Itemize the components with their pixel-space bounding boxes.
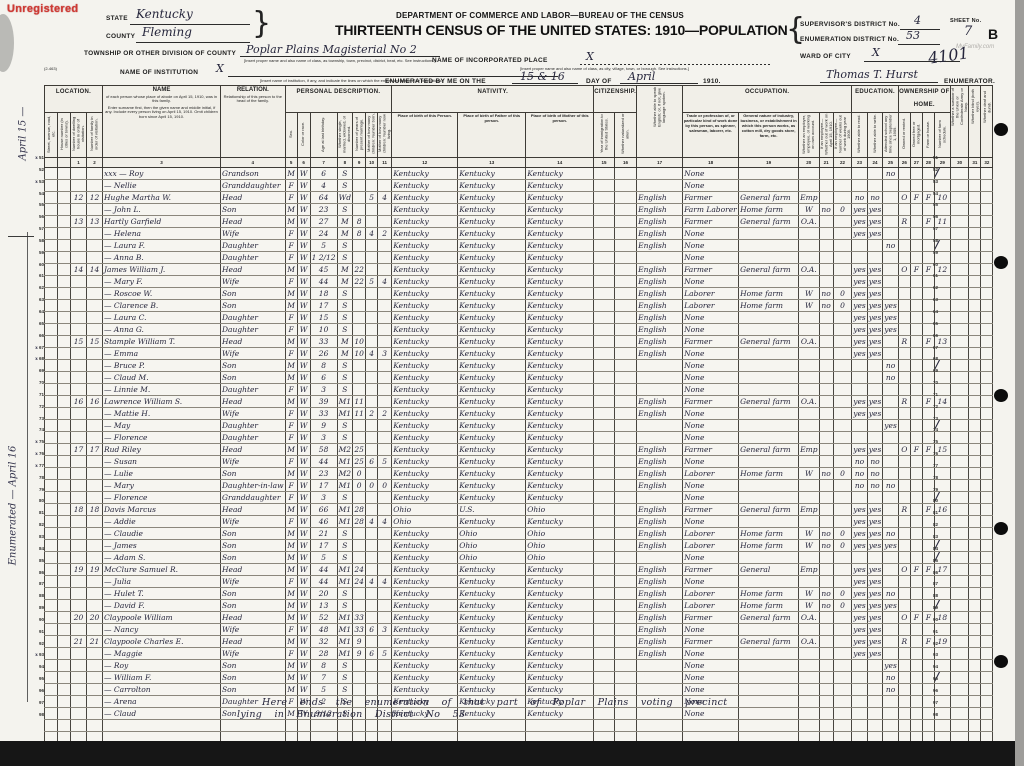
column-header: Number of farm schedule. bbox=[934, 113, 950, 158]
line-number: 73 bbox=[933, 413, 949, 425]
line-number: 64 bbox=[28, 306, 44, 318]
column-number: 1 bbox=[71, 158, 87, 168]
table-row: — RoySonMW8SKentuckyKentuckyKentuckyNone… bbox=[45, 660, 993, 672]
column-header: RELATION.Relationship of this person to … bbox=[221, 86, 286, 158]
column-header: Whether an employer, employee, or workin… bbox=[799, 113, 819, 158]
closing-note-line1: Here ends the enumeration of that part o… bbox=[262, 697, 727, 708]
column-header: Whether naturalized or alien. bbox=[614, 113, 636, 158]
page-curl-shadow bbox=[0, 14, 14, 72]
sheet-value: 7 bbox=[964, 24, 972, 39]
column-number: 31 bbox=[969, 158, 981, 168]
table-row: — Laura C.DaughterFW15SKentuckyKentuckyK… bbox=[45, 312, 993, 324]
column-header: OWNERSHIP OF HOME. bbox=[898, 86, 950, 113]
line-number: 98 bbox=[933, 709, 949, 721]
table-row: — MaggieWifeFW28M1965KentuckyKentuckyKen… bbox=[45, 648, 993, 660]
rule bbox=[228, 76, 558, 77]
left-line-numbers: x5152x5354555657585960616263646566x67x68… bbox=[28, 152, 44, 721]
table-row: — Roscoe W.SonMW18SKentuckyKentuckyKentu… bbox=[45, 288, 993, 300]
table-row: — NancyWifeFW48M13363KentuckyKentuckyKen… bbox=[45, 624, 993, 636]
column-number: 26 bbox=[898, 158, 910, 168]
supervisor-district-label: SUPERVISOR'S DISTRICT No. bbox=[800, 21, 900, 28]
rule bbox=[898, 44, 940, 45]
table-row: — David F.SonMW13SKentuckyKentuckyKentuc… bbox=[45, 600, 993, 612]
line-number: 86 bbox=[28, 567, 44, 579]
table-row: — FlorenceGranddaughterFW3SKentuckyKentu… bbox=[45, 492, 993, 504]
line-number: 56 bbox=[933, 211, 949, 223]
column-number: 13 bbox=[458, 158, 526, 168]
punch-hole bbox=[994, 256, 1008, 269]
column-header: Place of birth of Mother of this person. bbox=[526, 113, 594, 158]
form-number: (2-463) bbox=[44, 66, 57, 71]
table-row: 1515Stample William T.HeadMW33M10Kentuck… bbox=[45, 336, 993, 348]
column-number: 14 bbox=[526, 158, 594, 168]
table-row: 2020Claypoole WilliamHeadMW52M133Kentuck… bbox=[45, 612, 993, 624]
rule bbox=[580, 64, 770, 65]
table-row: 1616Lawrence William S.HeadMW39M111Kentu… bbox=[45, 396, 993, 408]
line-number: 52 bbox=[933, 164, 949, 176]
table-row: 1818Davis MarcusHeadMW66M128OhioU.S.Ohio… bbox=[45, 504, 993, 516]
line-number: 90 bbox=[933, 614, 949, 626]
line-number: 87 bbox=[28, 578, 44, 590]
line-number: 82 bbox=[933, 519, 949, 531]
column-number: 12 bbox=[392, 158, 458, 168]
column-number: 18 bbox=[683, 158, 739, 168]
column-header: If an employee— Whether out of work on A… bbox=[819, 113, 833, 158]
line-number: 68 bbox=[933, 353, 949, 365]
table-row: — FlorenceDaughterFW3SKentuckyKentuckyKe… bbox=[45, 432, 993, 444]
table-row: 1717Rud RileyHeadMW58M225KentuckyKentuck… bbox=[45, 444, 993, 456]
rule bbox=[512, 83, 578, 84]
ward-label: WARD OF CITY bbox=[800, 53, 851, 60]
line-number: 91 bbox=[28, 626, 44, 638]
column-number: 6 bbox=[297, 158, 310, 168]
line-number: 54 bbox=[933, 188, 949, 200]
line-number: 66 bbox=[28, 330, 44, 342]
line-number: 85 bbox=[28, 555, 44, 567]
line-number: 70 bbox=[933, 377, 949, 389]
page-stamp: 4101 bbox=[927, 43, 970, 67]
county-value: Fleming bbox=[142, 25, 192, 39]
line-number: 78 bbox=[28, 472, 44, 484]
column-number: 22 bbox=[833, 158, 852, 168]
line-number: 77 bbox=[933, 460, 949, 472]
line-number: 71 bbox=[28, 389, 44, 401]
line-number: 86 bbox=[933, 567, 949, 579]
line-number: 63 bbox=[933, 294, 949, 306]
line-number: 87 bbox=[933, 578, 949, 590]
line-number: 95 bbox=[933, 673, 949, 685]
enumeration-district-label: ENUMERATION DISTRICT No. bbox=[800, 36, 899, 43]
line-number: 80 bbox=[933, 495, 949, 507]
column-number: 16 bbox=[614, 158, 636, 168]
punch-hole bbox=[994, 389, 1008, 402]
ward-value: X bbox=[872, 46, 880, 59]
rule bbox=[136, 42, 250, 43]
table-row: 1919McClure Samuel R.HeadMW44M124Kentuck… bbox=[45, 564, 993, 576]
column-number: 30 bbox=[950, 158, 969, 168]
table-row: — Anna G.DaughterFW10SKentuckyKentuckyKe… bbox=[45, 324, 993, 336]
line-number: x53 bbox=[28, 176, 44, 188]
line-number: 83 bbox=[933, 531, 949, 543]
line-number: 79 bbox=[933, 484, 949, 496]
line-number: 72 bbox=[933, 401, 949, 413]
line-number: 90 bbox=[28, 614, 44, 626]
census-sheet: Unregistered MyFamily.com DEPARTMENT OF … bbox=[0, 0, 1024, 766]
table-row: — MaryDaughter-in-lawFW17M1000KentuckyKe… bbox=[45, 480, 993, 492]
table-row: — AddieWifeFW46M12844OhioKentuckyKentuck… bbox=[45, 516, 993, 528]
column-header: Age at last birthday. bbox=[310, 113, 337, 158]
column-header: Sex. bbox=[285, 113, 297, 158]
line-number: 93 bbox=[933, 649, 949, 661]
column-header: Color or race. bbox=[297, 113, 310, 158]
line-number: 96 bbox=[28, 685, 44, 697]
enumerated-dates: 15 & 16 bbox=[520, 70, 565, 83]
column-number: 27 bbox=[910, 158, 922, 168]
table-row: 1414James William J.HeadMW45M22KentuckyK… bbox=[45, 264, 993, 276]
column-header: If an employee— Number of weeks out of w… bbox=[833, 113, 852, 158]
line-number: 98 bbox=[28, 709, 44, 721]
rule bbox=[820, 82, 938, 83]
line-number: 57 bbox=[933, 223, 949, 235]
line-number: 95 bbox=[28, 673, 44, 685]
line-number: 60 bbox=[28, 259, 44, 271]
line-number: 56 bbox=[28, 211, 44, 223]
table-row: — CarroltonSonMW5SKentuckyKentuckyKentuc… bbox=[45, 684, 993, 696]
table-row: 1313Hartly GarfieldHeadMW27M8KentuckyKen… bbox=[45, 216, 993, 228]
rule bbox=[240, 56, 440, 57]
scan-edge-right bbox=[1015, 0, 1024, 766]
column-header: Street, avenue, road, etc. bbox=[45, 113, 58, 158]
table-row: — Laura F.DaughterFW5SKentuckyKentuckyKe… bbox=[45, 240, 993, 252]
table-row: — William F.SonMW7SKentuckyKentuckyKentu… bbox=[45, 672, 993, 684]
column-number: 5 bbox=[285, 158, 297, 168]
table-row: 2121Claypoole Charles E.HeadMW32M19Kentu… bbox=[45, 636, 993, 648]
line-number: 57 bbox=[28, 223, 44, 235]
line-number: 72 bbox=[28, 401, 44, 413]
table-row: xxx — RoyGrandsonMW6SKentuckyKentuckyKen… bbox=[45, 168, 993, 180]
column-header: General nature of industry, business, or… bbox=[739, 113, 799, 158]
sheet-side: B bbox=[988, 26, 998, 42]
table-row: — John L.SonMW23SKentuckyKentuckyKentuck… bbox=[45, 204, 993, 216]
line-number: 92 bbox=[933, 638, 949, 650]
line-number: 59 bbox=[933, 247, 949, 259]
table-row: — EmmaWifeFW26M1043KentuckyKentuckyKentu… bbox=[45, 348, 993, 360]
column-header: Attended school any time since September… bbox=[883, 113, 899, 158]
enumerated-label: ENUMERATED BY ME ON THE bbox=[385, 78, 486, 85]
line-number: 74 bbox=[933, 424, 949, 436]
line-number: 82 bbox=[28, 519, 44, 531]
column-header: Whether blind (both eyes). bbox=[969, 86, 981, 158]
line-number: x93 bbox=[28, 649, 44, 661]
margin-note-april15: April 15 — bbox=[18, 79, 29, 189]
column-header: Place of birth of this Person. bbox=[392, 113, 458, 158]
state-label: STATE bbox=[106, 15, 128, 22]
table-row: — JamesSonMW17SKentuckyOhioOhioEnglishLa… bbox=[45, 540, 993, 552]
column-header: House number (in cities or towns). bbox=[58, 113, 71, 158]
line-number: 89 bbox=[28, 602, 44, 614]
line-number: 65 bbox=[28, 318, 44, 330]
institution-value: X bbox=[216, 62, 224, 75]
table-row: — Anna B.DaughterFW1 2/12SKentuckyKentuc… bbox=[45, 252, 993, 264]
right-line-numbers: 5152535455565758596061626364656667686970… bbox=[933, 152, 949, 721]
scan-edge-bottom bbox=[0, 741, 1024, 766]
column-number: 24 bbox=[867, 158, 883, 168]
margin-note-enumerated: Enumerated — April 16 bbox=[8, 391, 19, 621]
line-number: 61 bbox=[28, 270, 44, 282]
line-number: 67 bbox=[933, 342, 949, 354]
line-number: 58 bbox=[28, 235, 44, 247]
line-number: 65 bbox=[933, 318, 949, 330]
column-number: 19 bbox=[739, 158, 799, 168]
line-number: 75 bbox=[933, 436, 949, 448]
line-number: 74 bbox=[28, 424, 44, 436]
column-header: Place of birth of Father of this person. bbox=[458, 113, 526, 158]
line-number: 83 bbox=[28, 531, 44, 543]
census-document-scan: Unregistered MyFamily.com DEPARTMENT OF … bbox=[0, 0, 1024, 766]
column-header: Whether able to speak English; or, if no… bbox=[637, 86, 683, 158]
line-number: 64 bbox=[933, 306, 949, 318]
line-number: 89 bbox=[933, 602, 949, 614]
column-header: Number of years of present marriage. bbox=[353, 113, 366, 158]
column-header: Whether deaf and dumb. bbox=[981, 86, 993, 158]
column-number: 4 bbox=[221, 158, 286, 168]
column-number: 3 bbox=[103, 158, 221, 168]
column-number: 8 bbox=[337, 158, 353, 168]
line-number: 55 bbox=[28, 199, 44, 211]
closing-note-line2: lying in Enumeration District No 53 bbox=[237, 709, 465, 720]
column-number bbox=[58, 158, 71, 168]
line-number: 52 bbox=[28, 164, 44, 176]
line-number: 78 bbox=[933, 472, 949, 484]
table-row: 1212Hughe Martha W.HeadFW64Wd54KentuckyK… bbox=[45, 192, 993, 204]
table-row: — ClaudSonMW9/12SKentuckyKentuckyKentuck… bbox=[45, 708, 993, 720]
header-brace: } bbox=[252, 6, 271, 41]
line-number: 88 bbox=[28, 590, 44, 602]
column-header: Mother of how many children: Number born… bbox=[366, 113, 378, 158]
column-header: PERSONAL DESCRIPTION. bbox=[285, 86, 392, 113]
table-row: — JuliaWifeFW44M12444KentuckyKentuckyKen… bbox=[45, 576, 993, 588]
column-number: 7 bbox=[310, 158, 337, 168]
table-row: — ClaudieSonMW21SKentuckyOhioOhioEnglish… bbox=[45, 528, 993, 540]
line-number: 58 bbox=[933, 235, 949, 247]
column-header: Trade or profession of, or particular ki… bbox=[683, 113, 739, 158]
enumeration-district-value: 53 bbox=[906, 29, 920, 42]
column-header: Number of family in order of visitation. bbox=[87, 113, 103, 158]
table-row: — Mary F.WifeFW44M2254KentuckyKentuckyKe… bbox=[45, 276, 993, 288]
state-value: Kentucky bbox=[136, 7, 193, 21]
line-number: 73 bbox=[28, 413, 44, 425]
column-number bbox=[45, 158, 58, 168]
column-number: 25 bbox=[883, 158, 899, 168]
line-number: 69 bbox=[28, 365, 44, 377]
line-number: 97 bbox=[28, 697, 44, 709]
supervisor-district-value: 4 bbox=[914, 14, 921, 27]
line-number: 70 bbox=[28, 377, 44, 389]
line-number: 63 bbox=[28, 294, 44, 306]
column-header: Year of immigration to the United States… bbox=[594, 113, 615, 158]
line-number: 80 bbox=[28, 495, 44, 507]
enumerated-month: April bbox=[628, 70, 655, 83]
table-row: — Bruce P.SonMW8SKentuckyKentuckyKentuck… bbox=[45, 360, 993, 372]
column-number: 10 bbox=[366, 158, 378, 168]
column-header: OCCUPATION. bbox=[683, 86, 852, 113]
punch-hole bbox=[994, 655, 1008, 668]
line-number: 62 bbox=[933, 282, 949, 294]
line-number: 66 bbox=[933, 330, 949, 342]
enumerator-label: ENUMERATOR. bbox=[944, 78, 995, 85]
line-number: 55 bbox=[933, 199, 949, 211]
line-number: 79 bbox=[28, 484, 44, 496]
table-row: — HelenaWifeFW24M842KentuckyKentuckyKent… bbox=[45, 228, 993, 240]
line-number: 84 bbox=[28, 543, 44, 555]
line-number: 59 bbox=[28, 247, 44, 259]
column-number: 23 bbox=[852, 158, 868, 168]
column-number: 21 bbox=[819, 158, 833, 168]
line-number: 62 bbox=[28, 282, 44, 294]
column-header: Number of dwelling house in order of vis… bbox=[71, 113, 87, 158]
empty-row bbox=[45, 720, 993, 732]
column-header: LOCATION. bbox=[45, 86, 103, 113]
rule bbox=[620, 83, 698, 84]
form-title: THIRTEENTH CENSUS OF THE UNITED STATES: … bbox=[335, 22, 745, 38]
township-note: [Insert proper name and also name of cla… bbox=[244, 58, 440, 63]
department-line: DEPARTMENT OF COMMERCE AND LABOR—BUREAU … bbox=[390, 11, 690, 20]
table-row: — SusanWifeFW44M12565KentuckyKentuckyKen… bbox=[45, 456, 993, 468]
column-header: CITIZENSHIP. bbox=[594, 86, 637, 113]
line-number: x51 bbox=[28, 152, 44, 164]
table-row: — Hulet T.SonMW20SKentuckyKentuckyKentuc… bbox=[45, 588, 993, 600]
column-header: Mother of how many children: Number now … bbox=[378, 113, 392, 158]
table-row: — Clarence B.SonMW17SKentuckyKentuckyKen… bbox=[45, 300, 993, 312]
table-row: — NellieGranddaughterFW4SKentuckyKentuck… bbox=[45, 180, 993, 192]
line-number: 81 bbox=[933, 507, 949, 519]
line-number: 84 bbox=[933, 543, 949, 555]
column-number: 17 bbox=[637, 158, 683, 168]
day-of-label: DAY OF bbox=[586, 78, 612, 85]
line-number: 91 bbox=[933, 626, 949, 638]
line-number: x75 bbox=[28, 436, 44, 448]
table-row: — Mattie H.WifeFW33M11122KentuckyKentuck… bbox=[45, 408, 993, 420]
table-row: — LulieSonMW23M20KentuckyKentuckyKentuck… bbox=[45, 468, 993, 480]
township-label: TOWNSHIP OR OTHER DIVISION OF COUNTY bbox=[84, 50, 236, 57]
census-table: LOCATION.NAMEof each person whose place … bbox=[44, 85, 993, 755]
column-header: Owned or rented. bbox=[898, 113, 910, 158]
line-number: x67 bbox=[28, 342, 44, 354]
line-number: 51 bbox=[933, 152, 949, 164]
township-value: Poplar Plains Magisterial No 2 bbox=[246, 43, 417, 56]
line-number: 60 bbox=[933, 259, 949, 271]
column-header: NAMEof each person whose place of abode … bbox=[103, 86, 221, 158]
column-header: EDUCATION. bbox=[852, 86, 899, 113]
line-number: 94 bbox=[28, 661, 44, 673]
punch-hole bbox=[994, 522, 1008, 535]
incorporated-place-label: NAME OF INCORPORATED PLACE bbox=[432, 57, 548, 64]
table-row: — Linnie M.DaughterFW3SKentuckyKentuckyK… bbox=[45, 384, 993, 396]
line-number: 81 bbox=[28, 507, 44, 519]
column-header: Whether a survivor of the Union or Confe… bbox=[950, 86, 969, 158]
column-number: 20 bbox=[799, 158, 819, 168]
table-row: — Adam S.SonMW5SKentuckyOhioOhioNone╱ bbox=[45, 552, 993, 564]
incorporated-place-value: X bbox=[586, 50, 594, 63]
column-number: 11 bbox=[378, 158, 392, 168]
line-number: 97 bbox=[933, 697, 949, 709]
line-number: 61 bbox=[933, 270, 949, 282]
column-header: Farm or house. bbox=[922, 113, 934, 158]
table-row: — MayDaughterFW9SKentuckyKentuckyKentuck… bbox=[45, 420, 993, 432]
punch-hole bbox=[994, 123, 1008, 136]
line-number: 53 bbox=[933, 176, 949, 188]
institution-label: NAME OF INSTITUTION bbox=[120, 69, 198, 76]
line-number: 76 bbox=[933, 448, 949, 460]
county-label: COUNTY bbox=[106, 33, 135, 40]
column-header: Whether able to read. bbox=[852, 113, 868, 158]
line-number: 69 bbox=[933, 365, 949, 377]
year-label: 1910. bbox=[703, 78, 721, 85]
column-header: NATIVITY. bbox=[392, 86, 594, 113]
table-row: — Claud M.SonMW6SKentuckyKentuckyKentuck… bbox=[45, 372, 993, 384]
column-header: Whether single, married, widowed, or div… bbox=[337, 113, 353, 158]
line-number: 94 bbox=[933, 661, 949, 673]
unregistered-watermark: Unregistered bbox=[7, 3, 78, 15]
line-number: 71 bbox=[933, 389, 949, 401]
line-number: x77 bbox=[28, 460, 44, 472]
line-number: 85 bbox=[933, 555, 949, 567]
line-number: 92 bbox=[28, 638, 44, 650]
line-number: 88 bbox=[933, 590, 949, 602]
line-number: x68 bbox=[28, 353, 44, 365]
line-number: 96 bbox=[933, 685, 949, 697]
line-number: x76 bbox=[28, 448, 44, 460]
column-number: 32 bbox=[981, 158, 993, 168]
column-number: 9 bbox=[353, 158, 366, 168]
enumerator-signature: Thomas T. Hurst bbox=[826, 68, 918, 81]
column-number: 2 bbox=[87, 158, 103, 168]
column-header: Whether able to write. bbox=[867, 113, 883, 158]
line-number: 54 bbox=[28, 188, 44, 200]
column-header: Owned free or mortgaged. bbox=[910, 113, 922, 158]
column-number: 15 bbox=[594, 158, 615, 168]
